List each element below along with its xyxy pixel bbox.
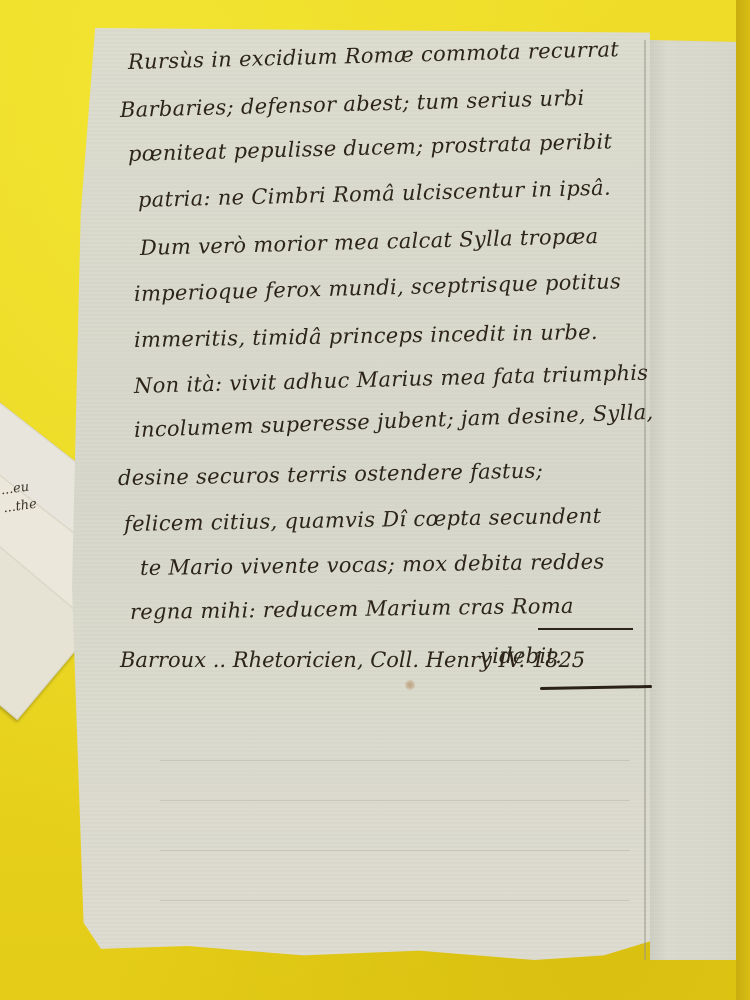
paper-stain: [405, 680, 415, 690]
signature-dot: .: [518, 648, 525, 672]
ink-bleed-through: [160, 800, 630, 801]
underline-stroke: [538, 628, 633, 630]
fold-crease: [644, 40, 646, 960]
manuscript-sheet: [72, 28, 650, 960]
school-name: Coll. Henry: [370, 648, 492, 672]
ink-bleed-through: [160, 900, 630, 901]
ink-bleed-through: [160, 850, 630, 851]
background-edge: [736, 0, 750, 1000]
signature-line: Barroux .. Rhetoricien, Coll. Henry IV. …: [120, 648, 585, 672]
manuscript-folded-leaf: [650, 40, 736, 960]
author-name: Barroux: [120, 648, 206, 672]
side-scrap-text: ...eu ...the: [0, 478, 38, 518]
author-title: Rhetoricien,: [233, 648, 364, 672]
school-numeral: IV: [499, 648, 519, 672]
ink-bleed-through: [160, 760, 630, 761]
year: 1825: [532, 648, 585, 672]
separator: ..: [213, 648, 226, 672]
